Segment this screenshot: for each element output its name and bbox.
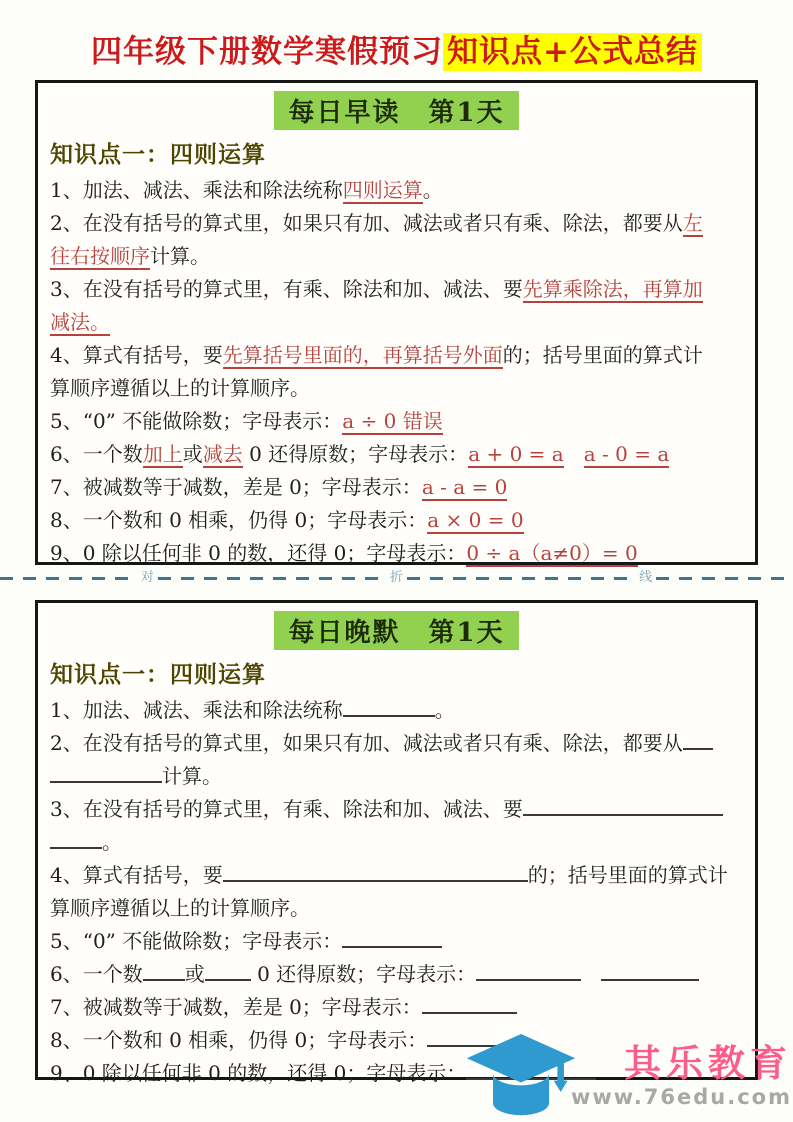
blank-line (223, 863, 528, 882)
answer-text: 先算乘除法，再算加 (523, 277, 703, 303)
text-line: 算顺序遵循以上的计算顺序。 (50, 892, 743, 925)
fold-line: 对 折 线 (0, 570, 793, 586)
question-text: 3、在没有括号的算式里，有乘、除法和加、减法、要 (50, 277, 523, 301)
answer-text: a + 0 = a (468, 442, 564, 468)
question-text: 5、“0” 不能做除数；字母表示： (50, 409, 342, 433)
answer-text: 先算括号里面的，再算括号外面 (223, 343, 503, 369)
fold-dash (407, 577, 635, 580)
page-title: 四年级下册数学寒假预习知识点+公式总结 (0, 26, 793, 71)
fold-dash (0, 577, 137, 580)
text-line: 3、在没有括号的算式里，有乘、除法和加、减法、要先算乘除法，再算加 (50, 273, 743, 306)
question-text: 的；括号里面的算式计 (528, 863, 728, 887)
page-title-highlight: 知识点+公式总结 (443, 33, 702, 71)
question-text: 计算。 (150, 244, 210, 268)
text-line: 7、被减数等于减数，差是 0；字母表示： (50, 991, 743, 1024)
question-text: 3、在没有括号的算式里，有乘、除法和加、减法、要 (50, 797, 523, 821)
question-text: 6、一个数 (50, 442, 143, 466)
section-daily-recite: 每日晚默 第1天 知识点一：四则运算 1、加法、减法、乘法和除法统称。2、在没有… (35, 600, 758, 1080)
blank-line (683, 731, 713, 750)
question-text: 0 还得原数；字母表示： (243, 442, 468, 466)
question-text: 8、一个数和 0 相乘，仍得 0；字母表示： (50, 1028, 427, 1052)
brand-text-block: 其乐教育 www.76edu.com (571, 1043, 792, 1109)
text-line: 计算。 (50, 760, 743, 793)
question-text: 0 还得原数；字母表示： (251, 962, 476, 986)
question-text: 2、在没有括号的算式里，如果只有加、减法或者只有乘、除法，都要从 (50, 211, 683, 235)
text-line: 2、在没有括号的算式里，如果只有加、减法或者只有乘、除法，都要从 (50, 727, 743, 760)
question-text: 8、一个数和 0 相乘，仍得 0；字母表示： (50, 508, 427, 532)
answer-text: a × 0 = 0 (427, 508, 523, 534)
text-line: 2、在没有括号的算式里，如果只有加、减法或者只有乘、除法，都要从左 (50, 207, 743, 240)
question-text: 或 (183, 442, 203, 466)
answer-text: 加上 (143, 442, 183, 468)
text-line: 8、一个数和 0 相乘，仍得 0；字母表示：a × 0 = 0 (50, 504, 743, 537)
question-text: 9、0 除以任何非 0 的数，还得 0；字母表示： (50, 1061, 466, 1085)
blank-line (143, 962, 185, 981)
blank-line (523, 797, 723, 816)
section-header: 每日晚默 第1天 (50, 611, 743, 650)
answer-text: 0 ÷ a（a≠0）= 0 (466, 541, 637, 567)
text-line: 减法。 (50, 306, 743, 339)
brand-url: www.76edu.com (571, 1085, 792, 1109)
text-line: 6、一个数或 0 还得原数；字母表示： (50, 958, 743, 991)
answer-text: 减法。 (50, 310, 110, 336)
answer-text: a - a = 0 (422, 475, 508, 501)
question-text: 。 (435, 698, 455, 722)
text-line: 4、算式有括号，要先算括号里面的，再算括号外面的；括号里面的算式计 (50, 339, 743, 372)
question-text: 4、算式有括号，要 (50, 863, 223, 887)
blank-line (50, 830, 102, 849)
blank-line (50, 764, 162, 783)
topic-heading: 知识点一：四则运算 (50, 656, 743, 689)
question-text: 计算。 (162, 764, 222, 788)
question-text: 5、“0” 不能做除数；字母表示： (50, 929, 342, 953)
text-line: 。 (50, 826, 743, 859)
text-line: 算顺序遵循以上的计算顺序。 (50, 372, 743, 405)
fold-mark-label: 对 (137, 571, 158, 585)
question-text: 的；括号里面的算式计 (503, 343, 703, 367)
fold-dash (158, 577, 386, 580)
text-line: 7、被减数等于减数，差是 0；字母表示：a - a = 0 (50, 471, 743, 504)
page-title-main: 四年级下册数学寒假预习 (91, 34, 443, 70)
question-text: 。 (423, 178, 443, 202)
text-line: 9、0 除以任何非 0 的数，还得 0；字母表示：0 ÷ a（a≠0）= 0 (50, 537, 743, 570)
section-content: 1、加法、减法、乘法和除法统称四则运算。2、在没有括号的算式里，如果只有加、减法… (50, 174, 743, 570)
question-text: 6、一个数 (50, 962, 143, 986)
answer-text: 四则运算 (343, 178, 423, 204)
text-line: 3、在没有括号的算式里，有乘、除法和加、减法、要 (50, 793, 743, 826)
brand-watermark: 其乐教育 www.76edu.com (465, 1032, 792, 1120)
fold-dash (656, 577, 793, 580)
text-line: 1、加法、减法、乘法和除法统称四则运算。 (50, 174, 743, 207)
blank-line (601, 962, 699, 981)
blank-line (343, 698, 435, 717)
blank-line (476, 962, 581, 981)
answer-text: 减去 (203, 442, 243, 468)
question-text: 或 (185, 962, 205, 986)
text-line: 5、“0” 不能做除数；字母表示：a ÷ 0 错误 (50, 405, 743, 438)
answer-text: 往右按顺序 (50, 244, 150, 270)
answer-text: a - 0 = a (584, 442, 670, 468)
question-text: 1、加法、减法、乘法和除法统称 (50, 178, 343, 202)
question-text: 算顺序遵循以上的计算顺序。 (50, 896, 310, 920)
question-text: 。 (102, 830, 122, 854)
graduation-cap-icon (465, 1032, 577, 1120)
question-text: 7、被减数等于减数，差是 0；字母表示： (50, 995, 422, 1019)
topic-heading: 知识点一：四则运算 (50, 136, 743, 169)
question-text: 2、在没有括号的算式里，如果只有加、减法或者只有乘、除法，都要从 (50, 731, 683, 755)
brand-name: 其乐教育 (624, 1043, 792, 1085)
blank-line (342, 929, 442, 948)
question-text: 9、0 除以任何非 0 的数，还得 0；字母表示： (50, 541, 466, 565)
text-line: 5、“0” 不能做除数；字母表示： (50, 925, 743, 958)
question-text: 7、被减数等于减数，差是 0；字母表示： (50, 475, 422, 499)
text-line: 往右按顺序计算。 (50, 240, 743, 273)
section-daily-reading: 每日早读 第1天 知识点一：四则运算 1、加法、减法、乘法和除法统称四则运算。2… (35, 80, 758, 565)
section-header-badge: 每日晚默 第1天 (274, 611, 518, 650)
question-text: 算顺序遵循以上的计算顺序。 (50, 376, 310, 400)
blank-line (205, 962, 251, 981)
text-line: 4、算式有括号，要的；括号里面的算式计 (50, 859, 743, 892)
section-header-badge: 每日早读 第1天 (274, 91, 518, 130)
question-text: 1、加法、减法、乘法和除法统称 (50, 698, 343, 722)
question-text (581, 962, 601, 986)
section-content: 1、加法、减法、乘法和除法统称。2、在没有括号的算式里，如果只有加、减法或者只有… (50, 694, 743, 1090)
text-line: 1、加法、减法、乘法和除法统称。 (50, 694, 743, 727)
blank-line (422, 995, 517, 1014)
fold-mark-label: 线 (635, 571, 656, 585)
section-header: 每日早读 第1天 (50, 91, 743, 130)
text-line: 6、一个数加上或减去 0 还得原数；字母表示：a + 0 = a a - 0 =… (50, 438, 743, 471)
answer-text: 左 (683, 211, 703, 237)
fold-mark-label: 折 (386, 571, 407, 585)
question-text (564, 442, 584, 466)
answer-text: a ÷ 0 错误 (342, 409, 442, 435)
question-text: 4、算式有括号，要 (50, 343, 223, 367)
